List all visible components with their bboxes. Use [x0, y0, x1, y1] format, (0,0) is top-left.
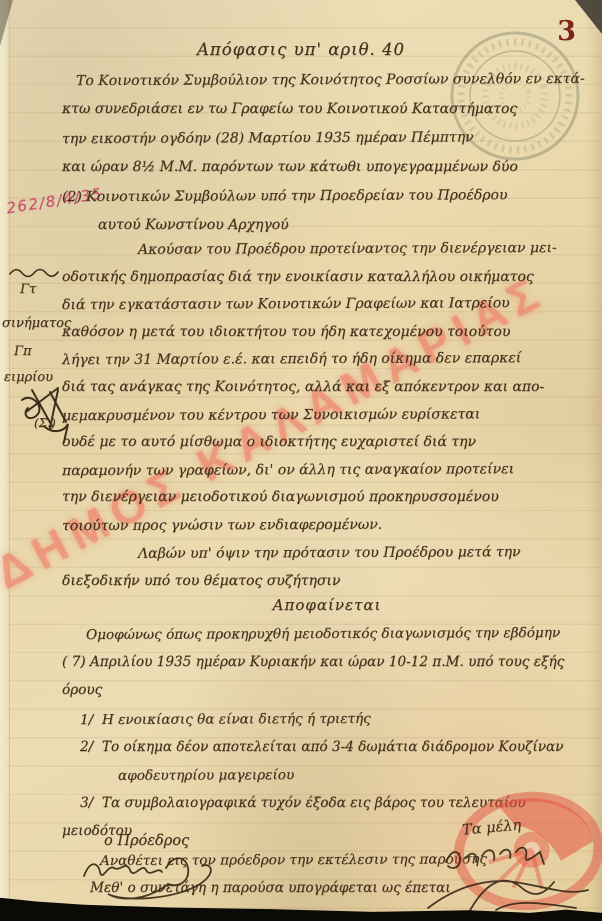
deletion-squiggle-mark [8, 264, 60, 280]
document-title: Απόφασις υπ' αριθ. 40 [0, 40, 602, 59]
manuscript-line: Ομοφώνως όπως προκηρυχθή μειοδοτικός δια… [62, 619, 594, 650]
member-signatures [424, 834, 602, 920]
manuscript-line: (2) Κοινοτικών Συμβούλων υπό την Προεδρε… [62, 181, 594, 212]
manuscript-line: Λαβών υπ' όψιν την πρότασιν του Προέδρου… [62, 539, 594, 569]
paragraph-rationale: Ακούσαν του Προέδρου προτείναντος την δι… [62, 236, 594, 540]
manuscript-line: 2/ Το οίκημα δέον αποτελείται από 3-4 δω… [62, 733, 594, 761]
page-left-edge [0, 0, 10, 921]
manuscript-line: λήγει την 31 Μαρτίου ε.έ. και επειδή το … [62, 345, 594, 375]
manuscript-line: 1/ Η ενοικίασις θα είναι διετής ή τριετή… [62, 703, 594, 734]
paragraph-opening: Το Κοινοτικόν Συμβούλιον της Κοινότητος … [62, 66, 594, 240]
manuscript-line: καθόσον η μετά του ιδιοκτήτου του ήδη κα… [62, 319, 594, 347]
manuscript-line: ( 7) Απριλίου 1935 ημέραν Κυριακήν και ώ… [62, 648, 594, 704]
manuscript-line: οδοτικής δημοπρασίας διά την ενοικίασιν … [62, 264, 594, 292]
margin-note-3: Γπ [14, 344, 32, 359]
margin-seal-note: (Σ.) [34, 416, 56, 430]
paragraph-considering: Λαβών υπ' όψιν την πρότασιν του Προέδρου… [62, 540, 594, 595]
manuscript-line: διά την εγκατάστασιν των Κοινοτικών Γραφ… [62, 290, 594, 320]
manuscript-line: διά τας ανάγκας της Κοινότητος, αλλά και… [62, 374, 594, 402]
manuscript-line: και ώραν 8½ Μ.Μ. παρόντων των κάτωθι υπο… [62, 153, 594, 182]
margin-note-1: Γτ [20, 282, 36, 297]
manuscript-line: διεξοδικήν υπό του θέματος συζήτησιν [62, 568, 594, 596]
manuscript-line: Το Κοινοτικόν Συμβούλιον της Κοινότητος … [62, 65, 594, 96]
manuscript-line: κτω συνεδριάσει εν τω Γραφείω του Κοινοτ… [62, 95, 594, 124]
margin-note-2: σινήματος [2, 316, 71, 331]
manuscript-line: μεμακρυσμένον του κέντρου των Συνοικισμώ… [62, 400, 594, 430]
manuscript-line: τοιούτων προς γνώσιν των ενδιαφερομένων. [62, 511, 594, 541]
manuscript-line: την εικοστήν ογδόην (28) Μαρτίου 1935 ημ… [62, 123, 594, 154]
manuscript-page: ΔΗΜΟΣ ΚΑΛΑΜΑΡΙΑΣ 3 Απόφασις υπ' αριθ. 40… [0, 0, 602, 921]
manuscript-line: ουδέ με το αυτό μίσθωμα ο ιδιοκτήτης ευχ… [62, 429, 594, 457]
manuscript-line: την διενέργειαν μειοδοτικού διαγωνισμού … [62, 484, 594, 512]
president-signature [78, 844, 278, 914]
manuscript-line: παραμονήν των γραφείων, δι' ον άλλη τις … [62, 456, 594, 486]
verdict-heading: Αποφαίνεται [62, 596, 592, 614]
manuscript-line: Ακούσαν του Προέδρου προτείναντος την δι… [62, 235, 594, 265]
